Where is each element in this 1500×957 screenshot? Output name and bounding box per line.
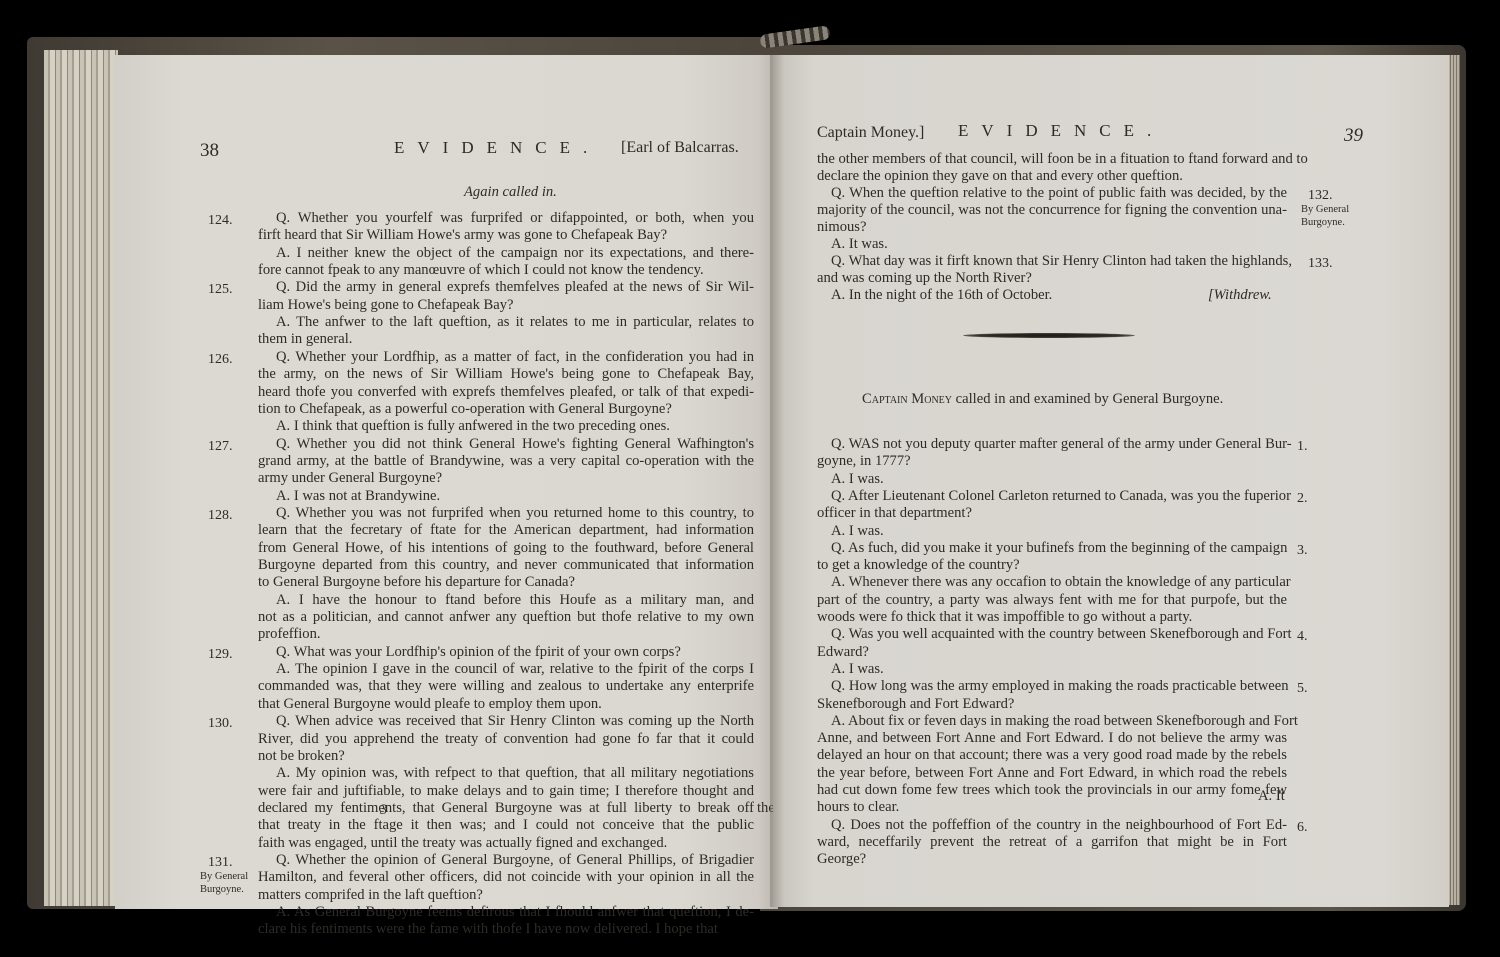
text-line: officer in that department? xyxy=(817,505,1287,522)
question-number: 130. xyxy=(208,715,233,732)
question-line: Q. Whether you yourfelf was furprifed or… xyxy=(276,210,754,227)
section-heading-left: Again called in. xyxy=(464,184,557,201)
text-line: commanded was, that they were willing an… xyxy=(258,678,754,695)
question-line: Q. Did the army in general exprefs themf… xyxy=(276,279,754,296)
answer-line: A. It was. xyxy=(831,236,1287,253)
margin-note: By General xyxy=(1301,203,1349,216)
question-line: Q. After Lieutenant Colonel Carleton ret… xyxy=(831,488,1287,505)
text-line: River, did you apprehend the treaty of c… xyxy=(258,731,754,748)
question-line: Q. WAS not you deputy quarter mafter gen… xyxy=(831,436,1287,453)
running-head-right: Captain Money.] xyxy=(817,124,924,142)
answer-line: A. I was not at Brandywine. xyxy=(276,488,754,505)
text-line: that General Burgoyne would pleafe to em… xyxy=(258,696,754,713)
text-line: not as a politician, and cannot anfwer a… xyxy=(258,609,754,626)
text-line: and was coming up the North River? xyxy=(817,270,1287,287)
text-line: firft heard that Sir William Howe's army… xyxy=(258,227,754,244)
text-line: fore cannot fpeak to any manœuvre of whi… xyxy=(258,262,754,279)
text-line: were fair and juftifiable, to make delay… xyxy=(258,783,754,800)
question-line: Q. As fuch, did you make it your bufinef… xyxy=(831,540,1287,557)
text-line: them in general. xyxy=(258,331,754,348)
text-line: tion to Chefapeak, as a powerful co-oper… xyxy=(258,401,754,418)
text-line: to get a knowledge of the country? xyxy=(817,557,1287,574)
text-line: part of the country, a party was always … xyxy=(817,592,1287,609)
question-line: Q. What was your Lordfhip's opinion of t… xyxy=(276,644,754,661)
answer-line: A. I neither knew the object of the camp… xyxy=(276,245,754,262)
question-number: 1. xyxy=(1297,438,1308,455)
folio-right: 39 xyxy=(1344,125,1363,147)
question-number: 4. xyxy=(1297,628,1308,645)
text-line: declare the opinion they gave on that an… xyxy=(817,168,1287,185)
text-line: learn that the fecretary of ftate for th… xyxy=(258,522,754,539)
page-edges-left xyxy=(44,50,118,906)
text-line: Anne, and between Fort Anne and Fort Edw… xyxy=(817,730,1287,747)
text-line: ward, neceffarily prevent the retreat of… xyxy=(817,834,1287,851)
text-line: faith was engaged, until the treaty was … xyxy=(258,835,754,852)
text-line: matters comprifed in the laft queftion? xyxy=(258,887,754,904)
answer-line: A. As General Burgoyne feems defirous th… xyxy=(276,904,754,921)
question-number: 127. xyxy=(208,438,233,455)
question-line: Q. Whether you was not furprifed when yo… xyxy=(276,505,754,522)
text-line: George? xyxy=(817,851,1287,868)
text-line: heard thofe you converfed with exprefs t… xyxy=(258,384,754,401)
question-number: 132. xyxy=(1308,187,1333,204)
question-line: Q. Was you well acquainted with the coun… xyxy=(831,626,1287,643)
witness-name: Captain Money xyxy=(862,391,952,407)
question-number: 131. xyxy=(208,854,233,871)
text-line: the other members of that council, will … xyxy=(817,151,1287,168)
stage-direction: [Withdrew. xyxy=(1208,287,1272,304)
running-head-left: [Earl of Balcarras. xyxy=(621,139,739,157)
text-line: woods were fo thick that it was impoffib… xyxy=(817,609,1287,626)
text-line: Edward? xyxy=(817,644,1287,661)
answer-line: A. I have the honour to ftand before thi… xyxy=(276,592,754,609)
answer-line: A. I was. xyxy=(831,471,1287,488)
text-line: that treaty in the ftage it then was; an… xyxy=(258,817,754,834)
folio-left: 38 xyxy=(200,140,219,162)
text-line: Burgoyne departed from this country, and… xyxy=(258,557,754,574)
text-line: liam Howe's being gone to Chefapeak Bay? xyxy=(258,297,754,314)
text-line: had cut down fome few trees which took t… xyxy=(817,782,1287,799)
question-number: 133. xyxy=(1308,255,1333,272)
text-line: declared my fentiments, that General Bur… xyxy=(258,800,754,817)
question-line: Q. When advice was received that Sir Hen… xyxy=(276,713,754,730)
question-line: Q. Whether your Lordfhip, as a matter of… xyxy=(276,349,754,366)
question-line: Q. When the queftion relative to the poi… xyxy=(831,185,1287,202)
text-line: Hamilton, and feveral other officers, di… xyxy=(258,869,754,886)
question-line: Q. Whether the opinion of General Burgoy… xyxy=(276,852,754,869)
text-line: clare his fentiments were the fame with … xyxy=(258,921,754,938)
gutter-shadow xyxy=(770,55,784,907)
answer-line: A. My opinion was, with refpect to that … xyxy=(276,765,754,782)
catchword-right: A. It xyxy=(1258,788,1285,805)
text-line: Skenefborough and Fort Edward? xyxy=(817,696,1287,713)
question-number: 125. xyxy=(208,281,233,298)
question-line: Q. What day was it firft known that Sir … xyxy=(831,253,1287,270)
ornament-rule xyxy=(963,333,1135,338)
answer-line: A. The opinion I gave in the council of … xyxy=(276,661,754,678)
question-number: 128. xyxy=(208,507,233,524)
running-title-right: EVIDENCE. xyxy=(958,121,1164,141)
text-line: majority of the council, was not the con… xyxy=(817,202,1287,219)
text-line: to General Burgoyne before his departure… xyxy=(258,574,754,591)
question-number: 126. xyxy=(208,351,233,368)
text-line: delayed an hour on that account; there w… xyxy=(817,747,1287,764)
answer-line: A. The anfwer to the laft queftion, as i… xyxy=(276,314,754,331)
answer-line: A. I was. xyxy=(831,661,1287,678)
question-line: Q. Whether you did not think General How… xyxy=(276,436,754,453)
margin-note: Burgoyne. xyxy=(200,883,244,896)
text-line: goyne, in 1777? xyxy=(817,453,1287,470)
running-title-left: EVIDENCE. xyxy=(394,138,600,158)
question-number: 5. xyxy=(1297,680,1308,697)
text-line: grand army, at the battle of Brandywine,… xyxy=(258,453,754,470)
witness-heading-rest: called in and examined by General Burgoy… xyxy=(952,391,1223,407)
text-line: the year before, between Fort Anne and F… xyxy=(817,765,1287,782)
question-line: Q. Does not the poffeffion of the countr… xyxy=(831,817,1287,834)
page-edges-right xyxy=(1448,55,1460,905)
text-line: from General Howe, of his intentions of … xyxy=(258,540,754,557)
text-line: profeffion. xyxy=(258,626,754,643)
text-line: hours to clear. xyxy=(817,799,1287,816)
question-number: 129. xyxy=(208,646,233,663)
answer-line: A. I was. xyxy=(831,523,1287,540)
answer-line: A. Whenever there was any occafion to ob… xyxy=(831,574,1287,591)
question-number: 2. xyxy=(1297,490,1308,507)
answer-line: A. I think that queftion is fully anfwer… xyxy=(276,418,754,435)
answer-line: A. About fix or feven days in making the… xyxy=(831,713,1287,730)
question-number: 6. xyxy=(1297,819,1308,836)
question-number: 124. xyxy=(208,212,233,229)
margin-note: By General xyxy=(200,870,248,883)
question-line: Q. How long was the army employed in mak… xyxy=(831,678,1287,695)
section-heading-right: Captain Money called in and examined by … xyxy=(862,391,1223,408)
text-line: not be broken? xyxy=(258,748,754,765)
text-line: nimous? xyxy=(817,219,1287,236)
signature-mark: 3 xyxy=(380,802,387,819)
text-line: the army, on the news of Sir William How… xyxy=(258,366,754,383)
question-number: 3. xyxy=(1297,542,1308,559)
text-line: army under General Burgoyne? xyxy=(258,470,754,487)
margin-note: Burgoyne. xyxy=(1301,216,1345,229)
